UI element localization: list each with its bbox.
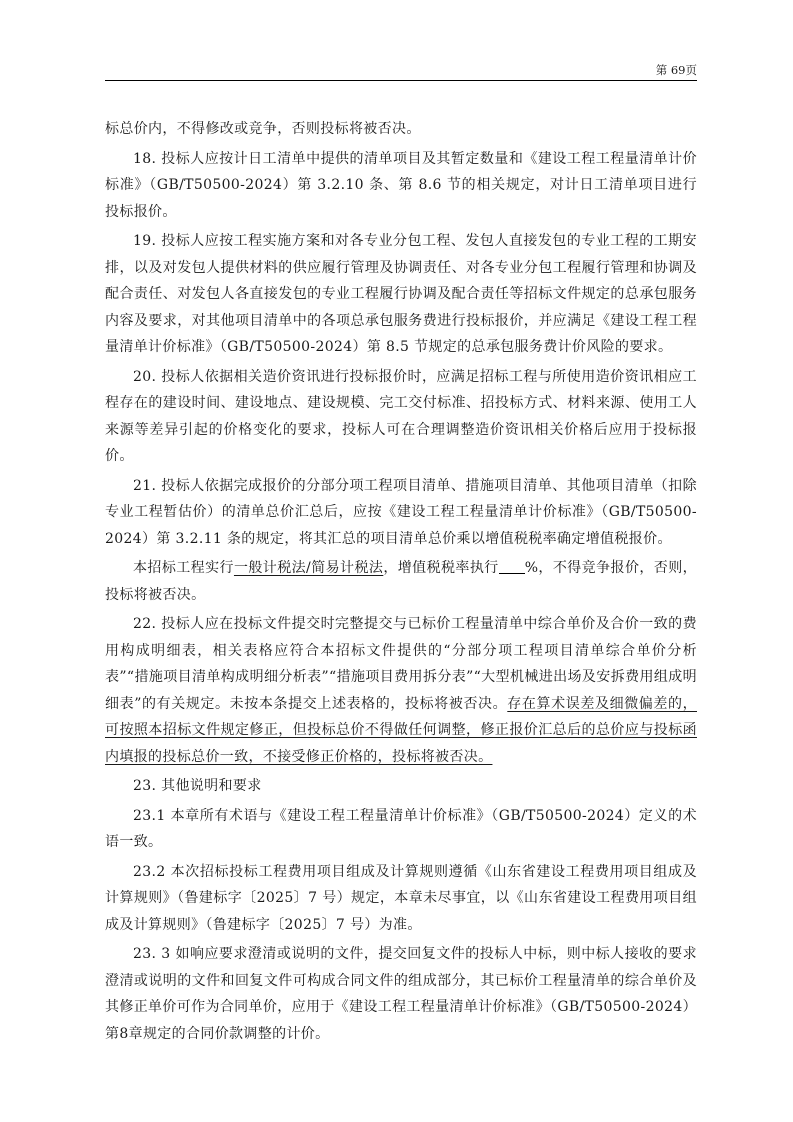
paragraph-23-1: 23.1 本章所有术语与《建设工程工程量清单计价标准》（GB/T50500-20… [105, 803, 697, 856]
tax-rate-blank [499, 559, 525, 574]
paragraph-19: 19. 投标人应按工程实施方案和对各专业分包工程、发包人直接发包的专业工程的工期… [105, 228, 697, 361]
tax-middle: ，增值税税率执行 [383, 560, 498, 576]
paragraph-18: 18. 投标人应按计日工清单中提供的清单项目及其暂定数量和《建设工程工程量清单计… [105, 146, 697, 226]
paragraph-continuation: 标总价内，不得修改或竞争，否则投标将被否决。 [105, 116, 697, 143]
paragraph-tax-method: 本招标工程实行一般计税法/简易计税法，增值税税率执行%，不得竞争报价，否则，投标… [105, 555, 697, 608]
paragraph-23-heading: 23. 其他说明和要求 [105, 773, 697, 800]
paragraph-23-2: 23.2 本次招标投标工程费用项目组成及计算规则遵循《山东省建设工程费用项目组成… [105, 859, 697, 939]
paragraph-23-3: 23. 3 如响应要求澄清或说明的文件，提交回复文件的投标人中标，则中标人接收的… [105, 941, 697, 1047]
tax-method-underlined: 一般计税法/简易计税法 [234, 560, 383, 576]
page-header: 第 69页 [105, 62, 697, 81]
page-number: 第 69页 [656, 62, 697, 78]
paragraph-20: 20. 投标人依据相关造价资讯进行投标报价时，应满足招标工程与所使用造价资讯相应… [105, 364, 697, 470]
paragraph-21: 21. 投标人依据完成报价的分部分项工程项目清单、措施项目清单、其他项目清单（扣… [105, 473, 697, 553]
paragraph-22: 22. 投标人应在投标文件提交时完整提交与已标价工程量清单中综合单价及合价一致的… [105, 611, 697, 770]
tax-prefix: 本招标工程实行 [133, 560, 234, 576]
document-body: 标总价内，不得修改或竞争，否则投标将被否决。 18. 投标人应按计日工清单中提供… [105, 116, 697, 1047]
